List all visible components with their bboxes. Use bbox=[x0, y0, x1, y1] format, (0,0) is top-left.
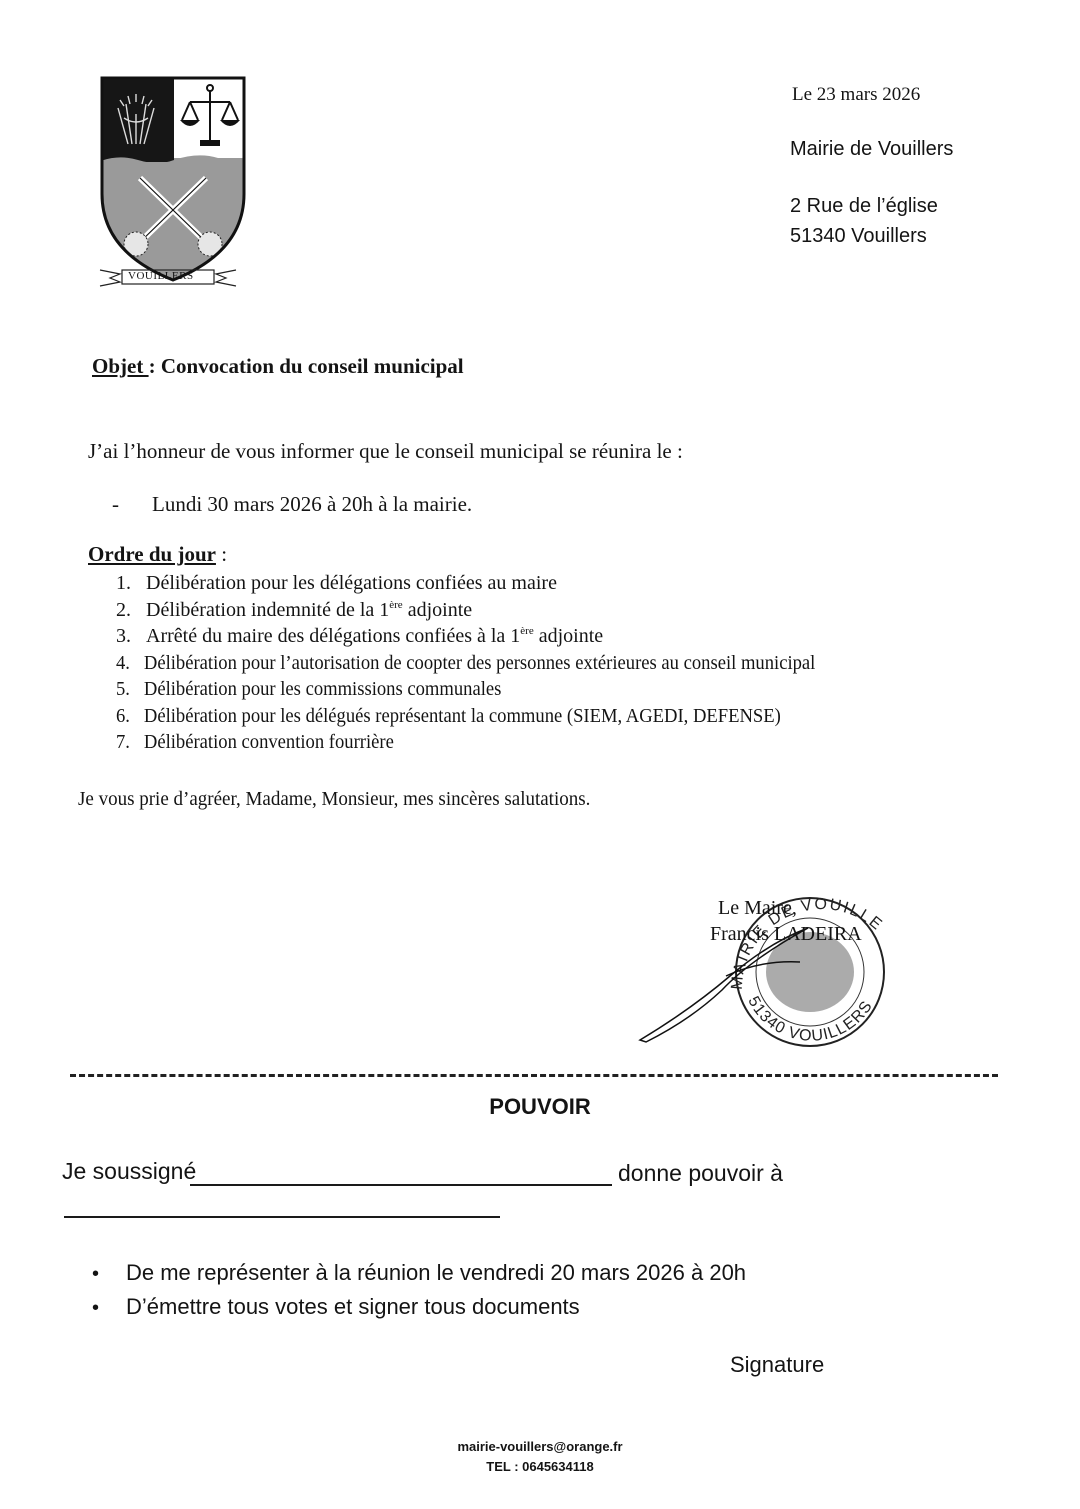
proxy-form-title: POUVOIR bbox=[0, 1094, 1080, 1120]
agenda-item-superscript: ère bbox=[389, 599, 402, 611]
proxy-power-item: •De me représenter à la réunion le vendr… bbox=[92, 1260, 746, 1294]
mayor-title: Le Maire, bbox=[718, 897, 797, 920]
proxy-powers-list: •De me représenter à la réunion le vendr… bbox=[92, 1260, 746, 1328]
bullet-icon: • bbox=[92, 1297, 126, 1320]
letter-subject: Objet : Convocation du conseil municipal bbox=[92, 354, 464, 379]
agenda-item-number: 5. bbox=[116, 678, 144, 701]
cut-line-divider bbox=[70, 1074, 998, 1077]
agenda-item: 1.Délibération pour les délégations conf… bbox=[116, 572, 868, 599]
coat-of-arms-icon bbox=[98, 74, 248, 284]
agenda-item-text-after: adjointe bbox=[403, 599, 472, 621]
letter-date: Le 23 mars 2026 bbox=[792, 84, 920, 106]
agenda-item-text: Arrêté du maire des délégations confiées… bbox=[146, 625, 520, 647]
letter-closing: Je vous prie d’agréer, Madame, Monsieur,… bbox=[78, 788, 590, 811]
sender-address-line1: 2 Rue de l’église bbox=[790, 195, 938, 218]
mayor-name: Francis LADEIRA bbox=[710, 923, 862, 946]
bullet-icon: • bbox=[92, 1263, 126, 1286]
proxy-power-text: D’émettre tous votes et signer tous docu… bbox=[126, 1294, 580, 1319]
meeting-details: -Lundi 30 mars 2026 à 20h à la mairie. bbox=[112, 492, 472, 517]
proxy-power-item: •D’émettre tous votes et signer tous doc… bbox=[92, 1294, 746, 1328]
agenda-item: 4.Délibération pour l’autorisation de co… bbox=[116, 652, 815, 679]
agenda-item-superscript: ère bbox=[520, 625, 533, 637]
agenda-title-colon: : bbox=[216, 542, 227, 566]
agenda-item-number: 2. bbox=[116, 599, 146, 622]
agenda-title: Ordre du jour : bbox=[88, 542, 227, 567]
agenda-item-number: 3. bbox=[116, 625, 146, 648]
agenda-item-text: Délibération indemnité de la 1 bbox=[146, 599, 389, 621]
agenda-list: 1.Délibération pour les délégations conf… bbox=[116, 572, 868, 758]
agenda-item: 6.Délibération pour les délégués représe… bbox=[116, 705, 815, 732]
agenda-item-number: 7. bbox=[116, 731, 144, 754]
agenda-item-text: Délibération pour les délégués représent… bbox=[144, 705, 781, 727]
agenda-item-text: Délibération pour les commissions commun… bbox=[144, 678, 501, 700]
sender-address-line2: 51340 Vouillers bbox=[790, 225, 927, 248]
subject-text: Convocation du conseil municipal bbox=[161, 354, 464, 378]
gives-power-label: donne pouvoir à bbox=[618, 1160, 783, 1187]
agenda-item-text: Délibération convention fourrière bbox=[144, 731, 394, 753]
agenda-item-number: 4. bbox=[116, 652, 144, 675]
footer-email: mairie-vouillers@orange.fr bbox=[0, 1437, 1080, 1457]
agenda-item: 5.Délibération pour les commissions comm… bbox=[116, 678, 815, 705]
agenda-item-text-after: adjointe bbox=[534, 625, 603, 647]
undersigned-label: Je soussigné bbox=[62, 1158, 196, 1185]
meeting-text: Lundi 30 mars 2026 à 20h à la mairie. bbox=[152, 492, 472, 516]
signature-field-label: Signature bbox=[730, 1352, 824, 1378]
agenda-item-number: 1. bbox=[116, 572, 146, 595]
footer-phone: TEL : 0645634118 bbox=[0, 1457, 1080, 1477]
agenda-item-text: Délibération pour les délégations confié… bbox=[146, 572, 557, 594]
letter-intro: J’ai l’honneur de vous informer que le c… bbox=[88, 439, 683, 464]
subject-label: Objet bbox=[92, 354, 149, 378]
undersigned-name-field[interactable] bbox=[190, 1184, 612, 1186]
agenda-item: 3.Arrêté du maire des délégations confié… bbox=[116, 625, 868, 652]
footer-contact: mairie-vouillers@orange.fr TEL : 0645634… bbox=[0, 1437, 1080, 1477]
meeting-dash: - bbox=[112, 492, 152, 517]
agenda-item: 7.Délibération convention fourrière bbox=[116, 731, 815, 758]
agenda-item: 2.Délibération indemnité de la 1ère adjo… bbox=[116, 599, 868, 626]
agenda-title-text: Ordre du jour bbox=[88, 542, 216, 566]
coat-of-arms-banner: VOUILLERS bbox=[98, 264, 238, 290]
banner-text: VOUILLERS bbox=[128, 270, 194, 282]
proxy-power-text: De me représenter à la réunion le vendre… bbox=[126, 1260, 746, 1285]
proxy-recipient-field[interactable] bbox=[64, 1216, 500, 1218]
agenda-item-number: 6. bbox=[116, 705, 144, 728]
sender-name: Mairie de Vouillers bbox=[790, 138, 953, 161]
agenda-item-text: Délibération pour l’autorisation de coop… bbox=[144, 652, 815, 674]
subject-separator: : bbox=[149, 354, 161, 378]
